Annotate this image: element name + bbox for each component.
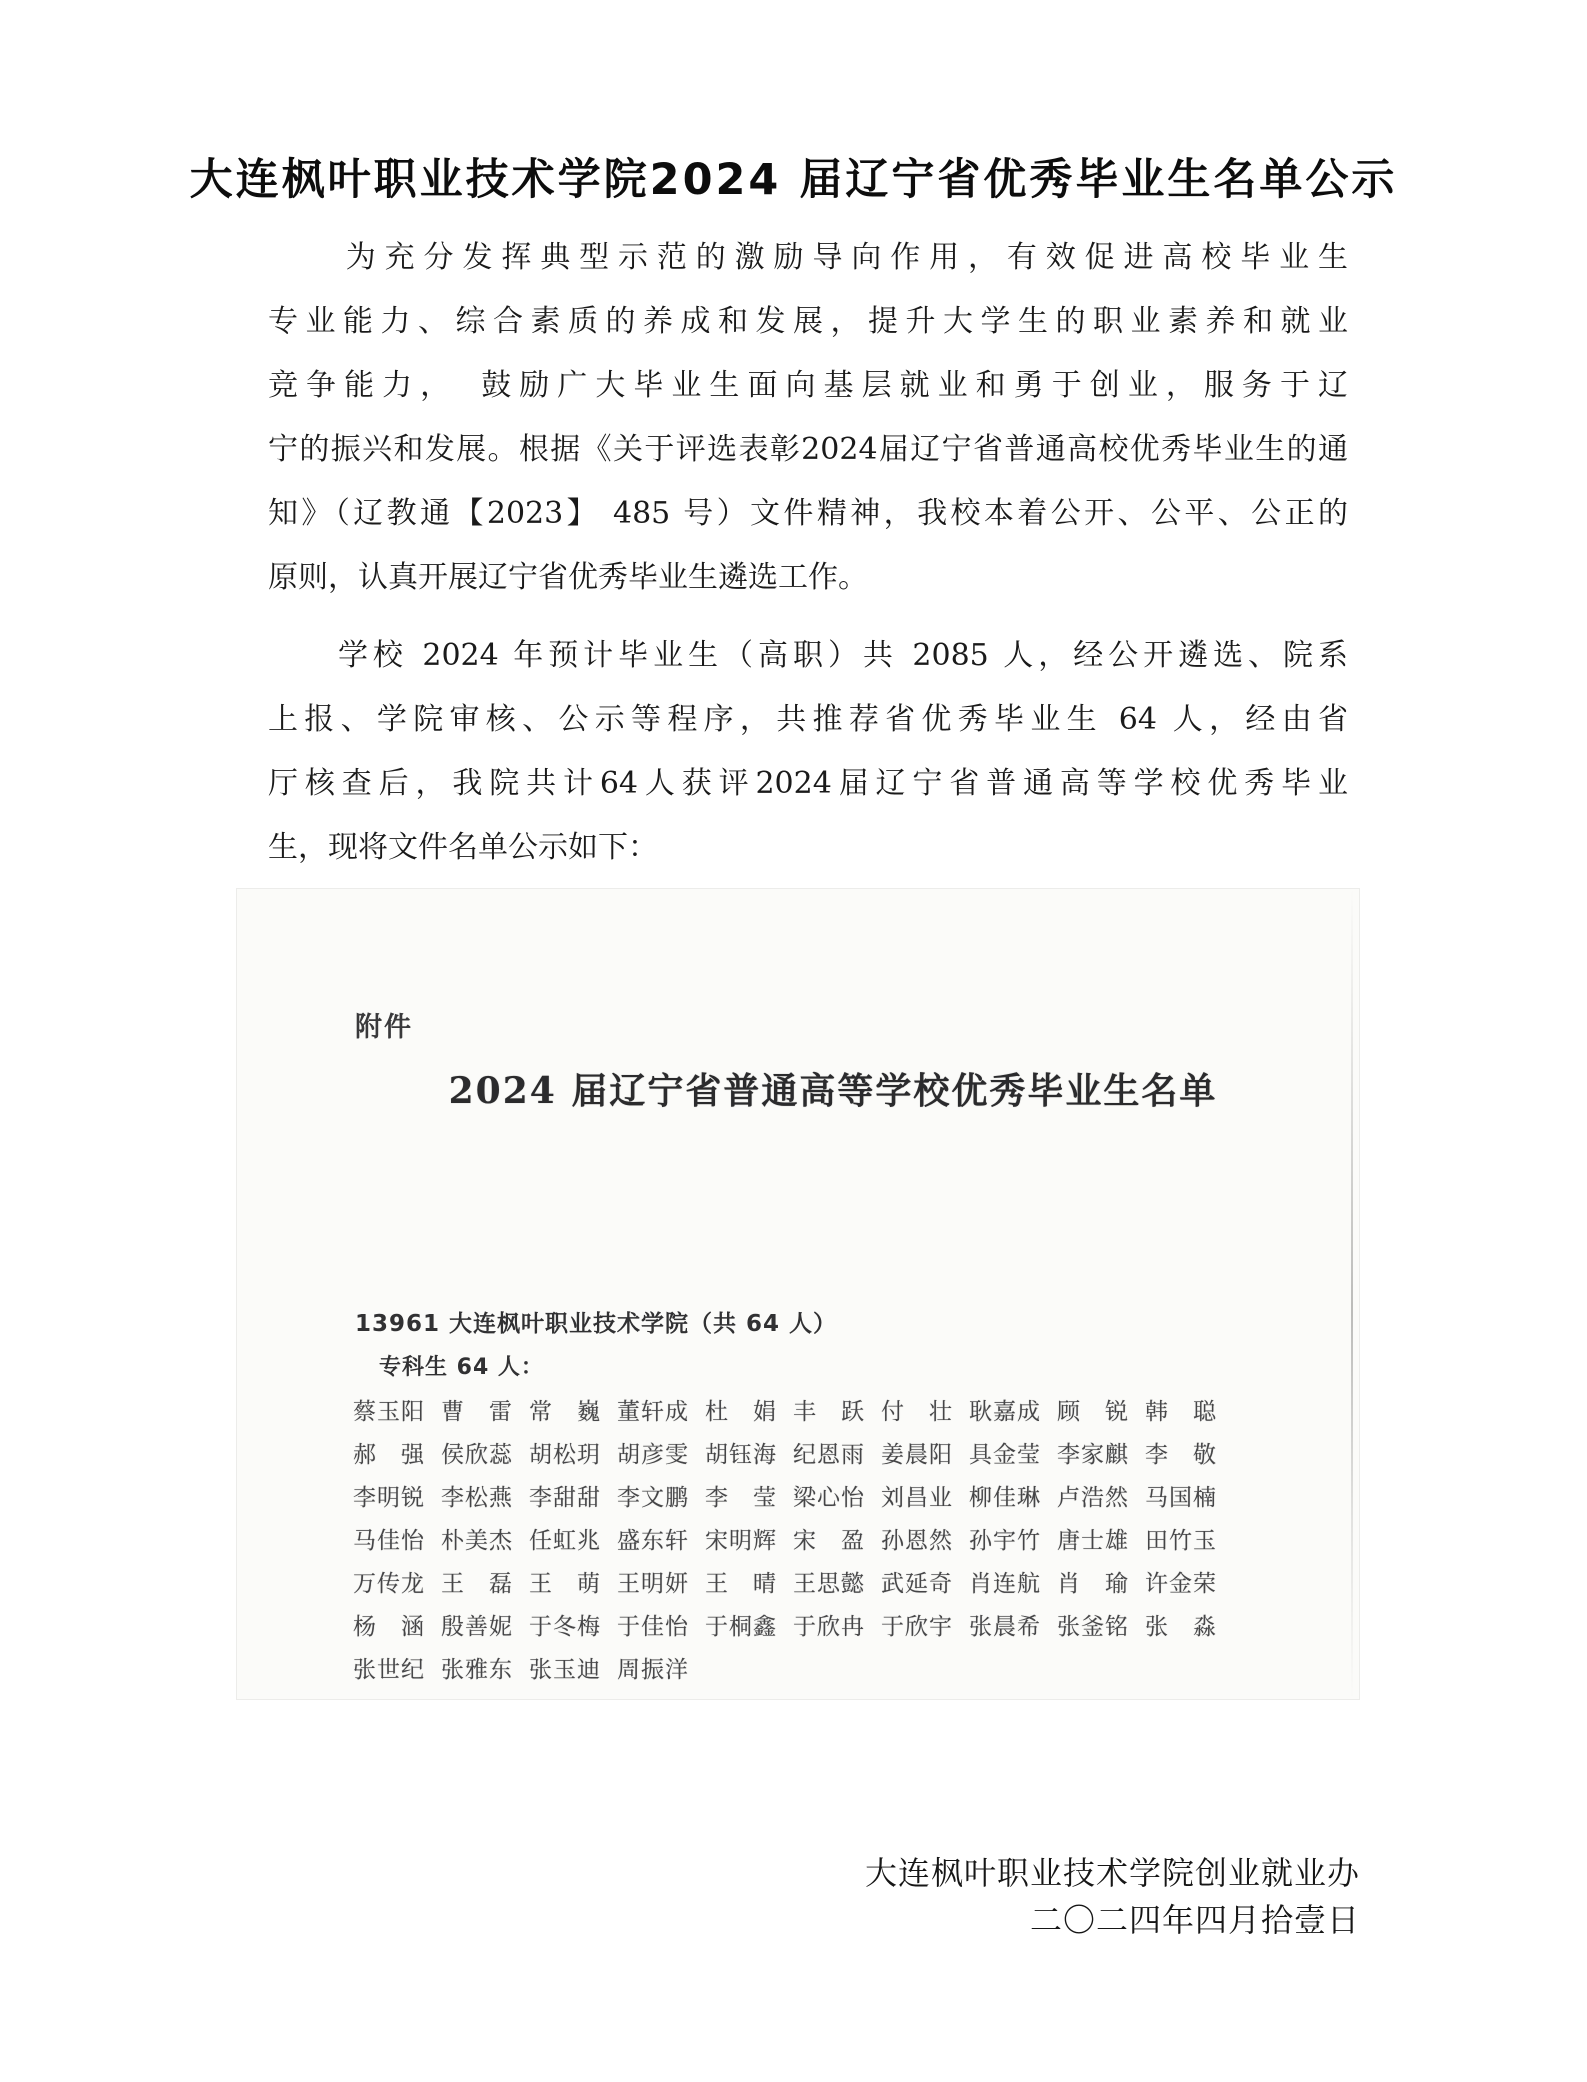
graduate-name: 柳佳琳 (969, 1479, 1057, 1512)
graduate-name: 唐士雄 (1057, 1522, 1145, 1555)
graduate-name: 杜 娟 (705, 1393, 793, 1426)
graduate-name: 李文鹏 (617, 1479, 705, 1512)
graduate-name: 李 莹 (705, 1479, 793, 1512)
graduate-name: 卢浩然 (1057, 1479, 1145, 1512)
graduate-name: 马国楠 (1145, 1479, 1233, 1512)
scan-edge-artifact (1351, 889, 1353, 1699)
graduate-name: 李 敬 (1145, 1436, 1233, 1469)
issuer-signature: 大连枫叶职业技术学院创业就业办 (865, 1850, 1360, 1897)
text-line: 原则，认真开展辽宁省优秀毕业生遴选工作。 (268, 546, 1348, 610)
text-line: 专业能力、综合素质的养成和发展，提升大学生的职业素养和就业 (268, 290, 1348, 354)
graduate-name: 张釜铭 (1057, 1608, 1145, 1641)
graduate-name: 姜晨阳 (881, 1436, 969, 1469)
graduate-name-row: 万传龙王 磊王 萌王明妍王 晴王思懿武延奇肖连航肖 瑜许金荣 (353, 1560, 1243, 1603)
graduate-name: 纪恩雨 (793, 1436, 881, 1469)
graduate-name: 李家麒 (1057, 1436, 1145, 1469)
text-line: 知》（辽教通【2023】 485 号）文件精神，我校本着公开、公平、公正的 (268, 482, 1348, 546)
graduate-name: 常 巍 (529, 1393, 617, 1426)
graduate-name: 胡彦雯 (617, 1436, 705, 1469)
graduate-name: 万传龙 (353, 1565, 441, 1598)
graduate-name: 于佳怡 (617, 1608, 705, 1641)
graduate-name: 王 晴 (705, 1565, 793, 1598)
graduate-name: 耿嘉成 (969, 1393, 1057, 1426)
graduate-name: 张晨希 (969, 1608, 1057, 1641)
graduate-name: 张世纪 (353, 1651, 441, 1684)
graduate-name: 丰 跃 (793, 1393, 881, 1426)
paragraph-selection: 学校 2024 年预计毕业生（高职）共 2085 人，经公开遴选、院系上报、学院… (268, 624, 1348, 880)
school-code-line: 13961 大连枫叶职业技术学院（共 64 人） (355, 1305, 837, 1338)
graduate-name: 于桐鑫 (705, 1608, 793, 1641)
issue-date: 二〇二四年四月拾壹日 (865, 1897, 1360, 1944)
graduate-name: 刘昌业 (881, 1479, 969, 1512)
graduate-name: 付 壮 (881, 1393, 969, 1426)
graduate-name: 宋明辉 (705, 1522, 793, 1555)
graduate-name: 朴美杰 (441, 1522, 529, 1555)
graduate-name: 郝 强 (353, 1436, 441, 1469)
document-title: 大连枫叶职业技术学院2024 届辽宁省优秀毕业生名单公示 (0, 146, 1587, 207)
text-line: 竞争能力， 鼓励广大毕业生面向基层就业和勇于创业，服务于辽 (268, 354, 1348, 418)
graduate-name: 胡松玥 (529, 1436, 617, 1469)
graduate-name: 李明锐 (353, 1479, 441, 1512)
graduate-name: 蔡玉阳 (353, 1393, 441, 1426)
text-line: 宁的振兴和发展。根据《关于评选表彰2024届辽宁省普通高校优秀毕业生的通 (268, 418, 1348, 482)
text-line: 为充分发挥典型示范的激励导向作用，有效促进高校毕业生 (268, 226, 1348, 290)
graduate-name: 侯欣蕊 (441, 1436, 529, 1469)
graduate-name: 肖连航 (969, 1565, 1057, 1598)
graduate-name-row: 李明锐李松燕李甜甜李文鹏李 莹梁心怡刘昌业柳佳琳卢浩然马国楠 (353, 1474, 1243, 1517)
text-line: 厅核查后，我院共计64人获评2024届辽宁省普通高等学校优秀毕业 (268, 752, 1348, 816)
document-page: 大连枫叶职业技术学院2024 届辽宁省优秀毕业生名单公示 为充分发挥典型示范的激… (0, 0, 1587, 2082)
graduate-name: 孙宇竹 (969, 1522, 1057, 1555)
graduate-name-row: 杨 涵殷善妮于冬梅于佳怡于桐鑫于欣冉于欣宇张晨希张釜铭张 淼 (353, 1603, 1243, 1646)
document-footer: 大连枫叶职业技术学院创业就业办 二〇二四年四月拾壹日 (865, 1850, 1360, 1944)
graduate-name: 胡钰海 (705, 1436, 793, 1469)
attachment-title: 2024 届辽宁省普通高等学校优秀毕业生名单 (237, 1063, 1359, 1114)
graduate-name: 张玉迪 (529, 1651, 617, 1684)
graduate-name: 顾 锐 (1057, 1393, 1145, 1426)
attachment-label: 附件 (355, 1005, 413, 1044)
graduate-name: 曹 雷 (441, 1393, 529, 1426)
graduate-name: 周振洋 (617, 1651, 705, 1684)
graduate-name-row: 郝 强侯欣蕊胡松玥胡彦雯胡钰海纪恩雨姜晨阳具金莹李家麒李 敬 (353, 1431, 1243, 1474)
graduate-name: 武延奇 (881, 1565, 969, 1598)
graduate-name: 董轩成 (617, 1393, 705, 1426)
graduate-name: 李甜甜 (529, 1479, 617, 1512)
graduate-name: 于冬梅 (529, 1608, 617, 1641)
graduate-name: 田竹玉 (1145, 1522, 1233, 1555)
graduate-name: 任虹兆 (529, 1522, 617, 1555)
graduate-name: 孙恩然 (881, 1522, 969, 1555)
graduate-name: 于欣冉 (793, 1608, 881, 1641)
graduate-name-row: 蔡玉阳曹 雷常 巍董轩成杜 娟丰 跃付 壮耿嘉成顾 锐韩 聪 (353, 1388, 1243, 1431)
document-body: 为充分发挥典型示范的激励导向作用，有效促进高校毕业生专业能力、综合素质的养成和发… (268, 226, 1348, 880)
graduate-name: 张 淼 (1145, 1608, 1233, 1641)
graduate-name: 王 萌 (529, 1565, 617, 1598)
graduate-name-row: 马佳怡朴美杰任虹兆盛东轩宋明辉宋 盈孙恩然孙宇竹唐士雄田竹玉 (353, 1517, 1243, 1560)
graduate-name: 于欣宇 (881, 1608, 969, 1641)
graduate-name: 肖 瑜 (1057, 1565, 1145, 1598)
graduate-name: 王明妍 (617, 1565, 705, 1598)
graduate-name: 宋 盈 (793, 1522, 881, 1555)
graduate-name: 盛东轩 (617, 1522, 705, 1555)
graduate-name: 王思懿 (793, 1565, 881, 1598)
graduate-name: 王 磊 (441, 1565, 529, 1598)
graduate-name: 梁心怡 (793, 1479, 881, 1512)
graduate-name: 张雅东 (441, 1651, 529, 1684)
paragraph-intro: 为充分发挥典型示范的激励导向作用，有效促进高校毕业生专业能力、综合素质的养成和发… (268, 226, 1348, 610)
student-group-line: 专科生 64 人： (379, 1350, 544, 1381)
graduate-name: 许金荣 (1145, 1565, 1233, 1598)
attachment-scan-image: 附件 2024 届辽宁省普通高等学校优秀毕业生名单 13961 大连枫叶职业技术… (236, 888, 1360, 1700)
text-line: 生，现将文件名单公示如下： (268, 816, 1348, 880)
graduate-name-row: 张世纪张雅东张玉迪周振洋 (353, 1646, 1243, 1689)
graduate-name: 李松燕 (441, 1479, 529, 1512)
graduate-name: 杨 涵 (353, 1608, 441, 1641)
graduate-name: 殷善妮 (441, 1608, 529, 1641)
graduate-name: 韩 聪 (1145, 1393, 1233, 1426)
text-line: 上报、学院审核、公示等程序，共推荐省优秀毕业生 64 人，经由省 (268, 688, 1348, 752)
graduate-names-grid: 蔡玉阳曹 雷常 巍董轩成杜 娟丰 跃付 壮耿嘉成顾 锐韩 聪郝 强侯欣蕊胡松玥胡… (353, 1388, 1243, 1689)
text-line: 学校 2024 年预计毕业生（高职）共 2085 人，经公开遴选、院系 (268, 624, 1348, 688)
graduate-name: 马佳怡 (353, 1522, 441, 1555)
graduate-name: 具金莹 (969, 1436, 1057, 1469)
